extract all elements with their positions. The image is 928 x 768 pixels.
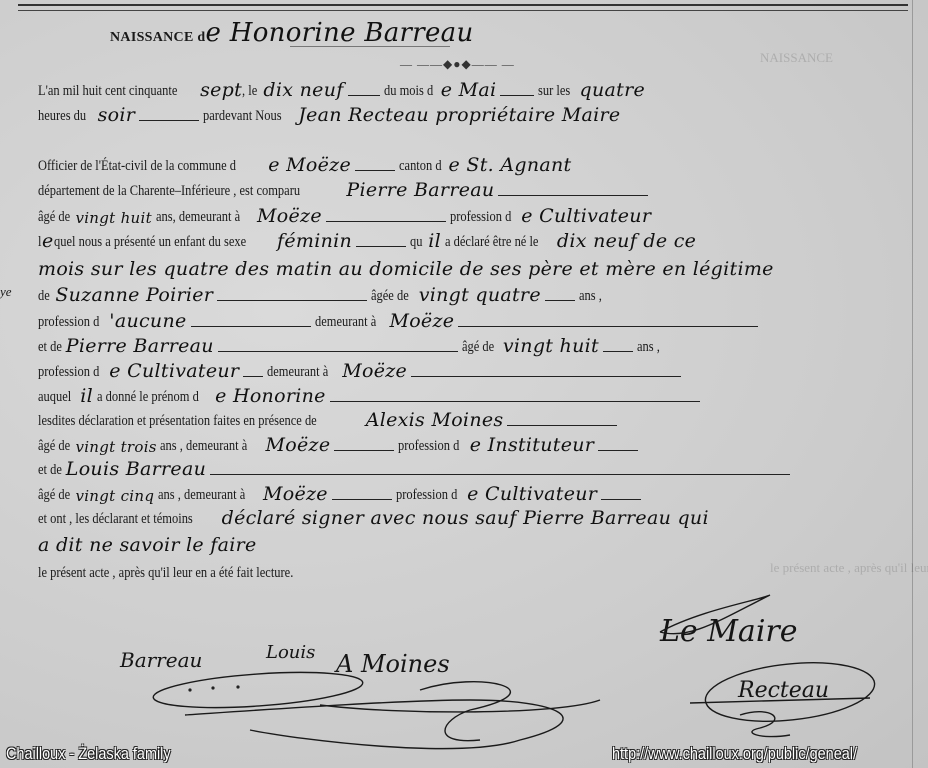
record-line-father: et de Pierre Barreau âgé de vingt huit a…	[38, 334, 664, 356]
handwritten-day: dix neuf	[263, 81, 343, 100]
printed-text: ans ,	[579, 288, 602, 305]
blank-line	[500, 95, 534, 96]
printed-text: du mois d	[384, 83, 433, 100]
printed-text: âgé de	[38, 209, 70, 226]
record-line-witness-2-details: âgé de vingt cinq ans , demeurant à Moëz…	[38, 482, 645, 504]
printed-text: l	[38, 234, 41, 251]
printed-text: profession d	[396, 487, 457, 504]
handwritten-signature-statement: déclaré signer avec nous sauf Pierre Bar…	[222, 509, 709, 528]
printed-text: et de	[38, 462, 62, 479]
printed-text: L'an mil huit cent cinquante	[38, 83, 177, 100]
blank-line	[411, 376, 681, 377]
scanned-birth-record: NAISSANCE le présent acte , après qu'il …	[0, 0, 928, 768]
printed-text: lesdites déclaration et présentation fai…	[38, 413, 317, 430]
handwritten-father-profession: e Cultivateur	[109, 362, 239, 381]
printed-text: âgée de	[371, 288, 409, 305]
handwritten-witness-2-residence: Moëze	[263, 485, 328, 504]
blank-line	[603, 351, 633, 352]
blank-line	[210, 474, 790, 475]
handwritten-birth-date: dix neuf de ce	[557, 232, 696, 251]
watermark-family: Chailloux - Żelaska family	[6, 744, 171, 764]
printed-text: canton d	[399, 158, 442, 175]
printed-text: Officier de l'État-civil de la commune d	[38, 158, 236, 175]
blank-line	[243, 376, 263, 377]
record-line-mother: de Suzanne Poirier âgée de vingt quatre …	[38, 283, 605, 305]
record-line-declarant-age: âgé de vingt huit ans, demeurant à Moëze…	[38, 204, 651, 226]
handwritten-signature-statement-cont: a dit ne savoir le faire	[38, 536, 257, 555]
bleed-through-text: le présent acte , après qu'il leur en a …	[770, 560, 928, 576]
ornament-divider: — ——◆●◆—— —	[400, 57, 515, 72]
handwritten-age: vingt huit	[75, 211, 151, 226]
record-title: NAISSANCE de Honorine Barreau	[110, 20, 474, 46]
printed-text: département de la Charente–Inférieure , …	[38, 183, 300, 200]
blank-line	[332, 499, 392, 500]
handwritten-given-name: e Honorine	[215, 387, 326, 406]
handwritten-profession: e Cultivateur	[521, 207, 651, 226]
handwritten-pronoun: il	[80, 387, 93, 406]
printed-text: ans , demeurant à	[160, 438, 247, 455]
handwritten-mother-profession: 'aucune	[109, 312, 186, 331]
handwritten-pronoun: il	[428, 232, 441, 251]
printed-text: et ont , les déclarant et témoins	[38, 511, 193, 528]
handwritten-mother-name: Suzanne Poirier	[55, 286, 213, 305]
printed-text: quel nous a présenté un enfant du sexe	[54, 234, 246, 251]
printed-text: a donné le prénom d	[97, 389, 199, 406]
record-line-commune: Officier de l'État-civil de la commune d…	[38, 153, 571, 175]
record-line-declarant: département de la Charente–Inférieure , …	[38, 178, 652, 200]
blank-line	[334, 450, 394, 451]
printed-text: âgé de	[38, 438, 70, 455]
record-line-given-name: auquel il a donné le prénom d e Honorine	[38, 384, 704, 406]
printed-text: a déclaré être né le	[445, 234, 538, 251]
handwritten-witness-1-residence: Moëze	[266, 436, 331, 455]
record-line-witness-1-details: âgé de vingt trois ans , demeurant à Moë…	[38, 433, 642, 455]
blank-line	[601, 499, 641, 500]
printed-text: profession d	[398, 438, 459, 455]
printed-text: qu	[410, 234, 422, 251]
signature-moines: A Moines	[336, 650, 450, 678]
record-line-closing: le présent acte , après qu'il leur en a …	[38, 560, 335, 582]
top-rule	[18, 4, 908, 6]
blank-line	[356, 246, 406, 247]
record-line-witness-1: lesdites déclaration et présentation fai…	[38, 408, 621, 430]
blank-line	[458, 326, 758, 327]
handwritten-canton: e St. Agnant	[449, 156, 572, 175]
blank-line	[355, 170, 395, 171]
record-line-father-profession: profession d e Cultivateur demeurant à M…	[38, 359, 685, 381]
signature-barreau: Barreau	[120, 648, 202, 672]
printed-text: pardevant Nous	[203, 108, 282, 125]
printed-text: demeurant à	[267, 364, 328, 381]
handwritten-father-residence: Moëze	[342, 362, 407, 381]
printed-text: ans, demeurant à	[156, 209, 240, 226]
blank-line	[326, 221, 446, 222]
printed-text: , le	[242, 83, 257, 100]
handwritten-sex: féminin	[277, 232, 352, 251]
handwritten-witness-1-name: Alexis Moines	[366, 411, 504, 430]
handwritten-declarant: Pierre Barreau	[346, 181, 494, 200]
printed-text: profession d	[38, 314, 99, 331]
record-line-birth-details: mois sur les quatre des matin au domicil…	[38, 257, 774, 279]
bleed-through-text: NAISSANCE	[760, 50, 833, 66]
record-line-witness-2: et de Louis Barreau	[38, 457, 794, 479]
blank-line	[348, 95, 380, 96]
handwritten-witness-1-age: vingt trois	[75, 440, 156, 455]
printed-text: ans ,	[637, 339, 660, 356]
handwritten-father-name: Pierre Barreau	[66, 337, 214, 356]
handwritten-hour: quatre	[580, 81, 646, 100]
blank-line	[330, 401, 700, 402]
record-line-signature-statement-cont: a dit ne savoir le faire	[38, 533, 257, 555]
watermark-url[interactable]: http://www.chailloux.org/public/geneal/	[612, 744, 857, 764]
printed-text: profession d	[38, 364, 99, 381]
title-underline	[290, 46, 450, 47]
handwritten-mother-age: vingt quatre	[419, 286, 541, 305]
printed-text: demeurant à	[315, 314, 376, 331]
signature-louis: Louis	[266, 642, 315, 663]
handwritten-birth-details: mois sur les quatre des matin au domicil…	[38, 260, 774, 279]
title-printed: NAISSANCE d	[110, 30, 206, 45]
handwritten-mother-residence: Moëze	[389, 312, 454, 331]
record-line-child-sex: l e quel nous a présenté un enfant du se…	[38, 229, 696, 251]
printed-closing: le présent acte , après qu'il leur en a …	[38, 565, 293, 582]
handwritten-time-of-day: soir	[98, 106, 136, 125]
record-line-year: L'an mil huit cent cinquante sept , le d…	[38, 78, 645, 100]
handwritten-month: e Mai	[441, 81, 497, 100]
printed-text: âgé de	[462, 339, 494, 356]
handwritten-residence: Moëze	[257, 207, 322, 226]
handwritten-year: sept	[200, 81, 242, 100]
printed-text: sur les	[538, 83, 570, 100]
printed-text: ans , demeurant à	[158, 487, 245, 504]
blank-line	[498, 195, 648, 196]
margin-note: ye	[0, 284, 12, 300]
record-line-signature-statement: et ont , les déclarant et témoins déclar…	[38, 506, 709, 528]
blank-line	[218, 351, 458, 352]
signature-recteau: Recteau	[738, 678, 829, 703]
page-edge	[912, 0, 913, 768]
blank-line	[545, 300, 575, 301]
handwritten-mayor: Jean Recteau propriétaire Maire	[298, 106, 620, 125]
printed-text: et de	[38, 339, 62, 356]
printed-text: profession d	[450, 209, 511, 226]
blank-line	[507, 425, 617, 426]
top-rule-thin	[18, 10, 908, 11]
handwritten-witness-2-age: vingt cinq	[75, 489, 154, 504]
handwritten-text: e	[42, 232, 54, 251]
record-line-mother-profession: profession d 'aucune demeurant à Moëze	[38, 309, 762, 331]
signature-le-maire: Le Maire	[660, 614, 798, 649]
printed-text: auquel	[38, 389, 71, 406]
printed-text: âgé de	[38, 487, 70, 504]
blank-line	[191, 326, 311, 327]
record-line-officer: heures du soir pardevant Nous Jean Recte…	[38, 103, 620, 125]
printed-text: heures du	[38, 108, 86, 125]
blank-line	[598, 450, 638, 451]
blank-line	[217, 300, 367, 301]
handwritten-witness-2-profession: e Cultivateur	[467, 485, 597, 504]
handwritten-witness-2-name: Louis Barreau	[66, 460, 206, 479]
blank-line	[139, 120, 199, 121]
title-handwritten-name: e Honorine Barreau	[206, 18, 474, 48]
printed-text: de	[38, 288, 50, 305]
handwritten-father-age: vingt huit	[503, 337, 599, 356]
handwritten-witness-1-profession: e Instituteur	[470, 436, 594, 455]
handwritten-commune: e Moëze	[268, 156, 351, 175]
